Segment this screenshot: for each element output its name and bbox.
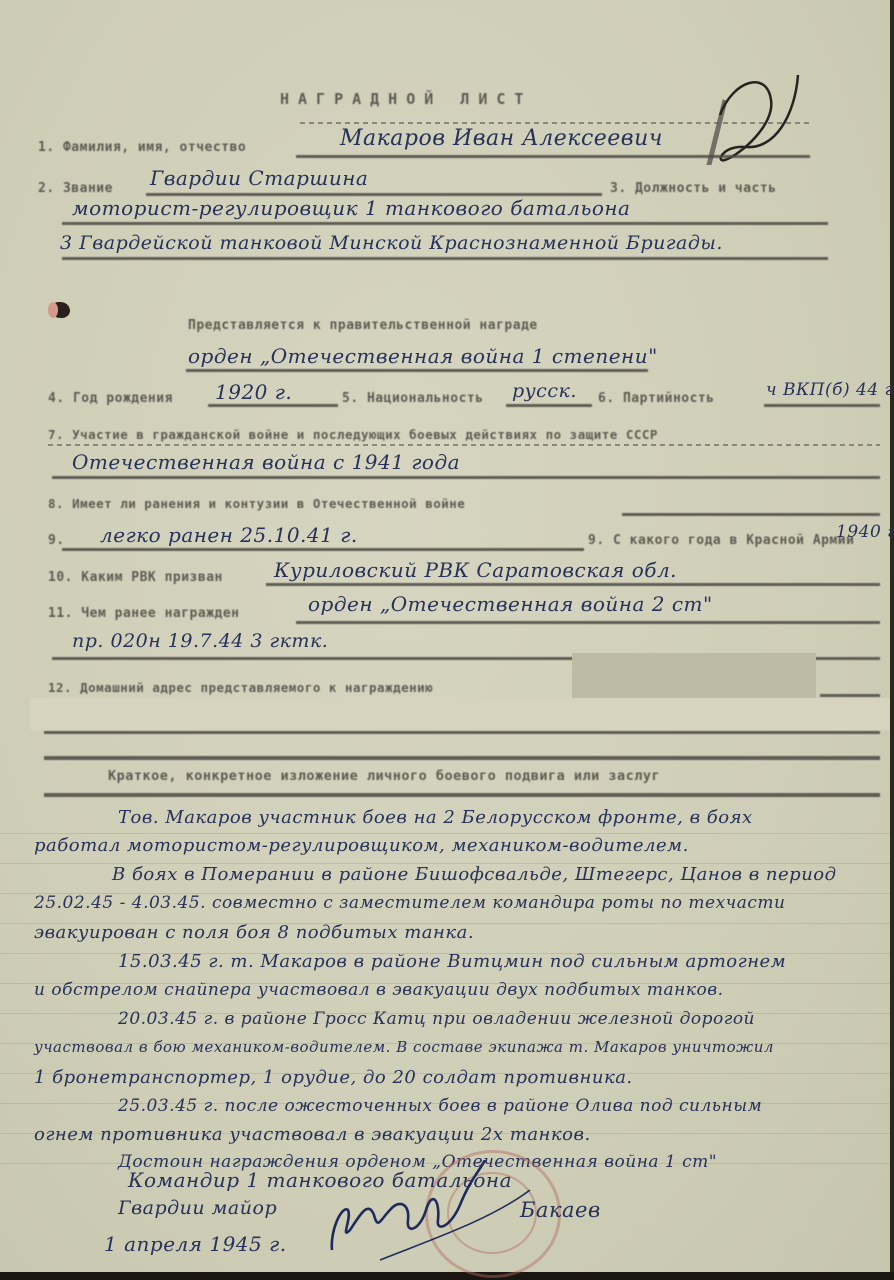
wounds-label: 8. Имеет ли ранения и контузии в Отечест… xyxy=(48,496,465,511)
prev-awards-line xyxy=(296,621,880,624)
army-since-label: 9. С какого года в Красной Армии xyxy=(588,533,854,548)
wounds-prefix: 9. xyxy=(48,533,65,548)
feat-heading-rule-top xyxy=(44,756,880,760)
feat-line: 25.02.45 - 4.03.45. совместно с заместит… xyxy=(34,893,785,913)
address-redaction xyxy=(572,653,816,698)
feat-line: и обстрелом снайпера участвовал в эвакуа… xyxy=(34,980,724,1000)
scan-edge-right xyxy=(890,0,894,1280)
feat-line: В боях в Померании в районе Бишофсвальде… xyxy=(112,864,837,885)
feat-line: огнем противника участвовал в эвакуации … xyxy=(34,1124,591,1145)
rank-label: 2. Звание xyxy=(38,181,113,196)
draft-line xyxy=(266,583,880,586)
nationality-value: русск. xyxy=(512,380,577,402)
punch-hole-edge xyxy=(48,302,58,318)
prev-awards-label: 11. Чем ранее награжден xyxy=(48,606,240,621)
prev-awards-value: орден „Отечественная война 2 ст" xyxy=(308,592,713,616)
signature-date: 1 апреля 1945 г. xyxy=(104,1232,287,1256)
party-label: 6. Партийность xyxy=(598,391,715,406)
party-value: ч ВКП(б) 44 г. xyxy=(766,380,894,400)
nomination-award: орден „Отечественная война 1 степени" xyxy=(188,344,658,368)
rank-value: Гвардии Старшина xyxy=(150,166,368,190)
feat-line: 25.03.45 г. после ожесточенных боев в ра… xyxy=(118,1096,762,1116)
prev-awards-ref: пр. 020н 19.7.44 3 гктк. xyxy=(72,630,328,652)
address-label: 12. Домашний адрес представляемого к наг… xyxy=(48,680,433,695)
feat-line: 1 бронетранспортер, 1 орудие, до 20 солд… xyxy=(34,1067,633,1088)
position-value-line2: 3 Гвардейской танковой Минской Краснозна… xyxy=(60,232,723,254)
wounds-line-top xyxy=(622,513,880,516)
position-label: 3. Должность и часть xyxy=(610,181,777,196)
party-line xyxy=(764,404,880,407)
nationality-line xyxy=(506,404,592,407)
civil-war-value: Отечественная война с 1941 года xyxy=(72,450,460,474)
scan-edge-bottom xyxy=(0,1272,894,1280)
feat-heading-rule-bottom xyxy=(44,793,880,797)
birth-year-line xyxy=(208,404,338,407)
feat-line: Тов. Макаров участник боев на 2 Белорусс… xyxy=(118,807,753,828)
ruled-line xyxy=(0,833,890,834)
army-since-value: 1940 г. xyxy=(836,522,894,542)
position-line2 xyxy=(62,257,828,260)
civil-war-dotline xyxy=(48,444,880,446)
civil-war-line xyxy=(52,476,880,479)
feat-line: 20.03.45 г. в районе Гросс Катц при овла… xyxy=(118,1009,755,1029)
nomination-heading: Представляется к правительственной награ… xyxy=(188,318,538,333)
wounds-line xyxy=(62,548,584,551)
handwritten-signature xyxy=(320,1160,540,1270)
name-label: 1. Фамилия, имя, отчество xyxy=(38,140,246,155)
wounds-value: легко ранен 25.10.41 г. xyxy=(100,523,358,547)
name-value: Макаров Иван Алексеевич xyxy=(340,126,663,151)
address-redaction-band xyxy=(30,698,890,730)
position-line1 xyxy=(62,222,828,225)
civil-war-label: 7. Участие в гражданской войне и последу… xyxy=(48,427,658,442)
signature-title-line2: Гвардии майор xyxy=(118,1197,277,1219)
draft-label: 10. Каким РВК призван xyxy=(48,570,223,585)
document-title: НАГРАДНОЙ ЛИСТ xyxy=(280,90,532,108)
nationality-label: 5. Национальность xyxy=(342,391,484,406)
feat-line: эвакуирован с поля боя 8 подбитых танка. xyxy=(34,922,474,943)
birth-year-value: 1920 г. xyxy=(215,380,292,404)
birth-year-label: 4. Год рождения xyxy=(48,391,173,406)
svg-text:12: 12 xyxy=(740,134,742,136)
address-line xyxy=(820,694,880,697)
feat-line: 15.03.45 г. т. Макаров в районе Витцмин … xyxy=(118,951,786,972)
sheet-number-mark: 12 xyxy=(685,55,815,165)
feat-line: участвовал в бою механиком-водителем. В … xyxy=(34,1038,774,1056)
address-line-2 xyxy=(44,731,880,734)
feat-line: работал мотористом-регулировщиком, механ… xyxy=(34,835,689,856)
position-value-line1: моторист-регулировщик 1 танкового баталь… xyxy=(72,196,630,220)
feat-heading: Краткое, конкретное изложение личного бо… xyxy=(108,768,660,784)
nomination-line xyxy=(186,369,648,372)
draft-value: Куриловский РВК Саратовская обл. xyxy=(274,558,677,582)
name-line xyxy=(296,155,810,158)
